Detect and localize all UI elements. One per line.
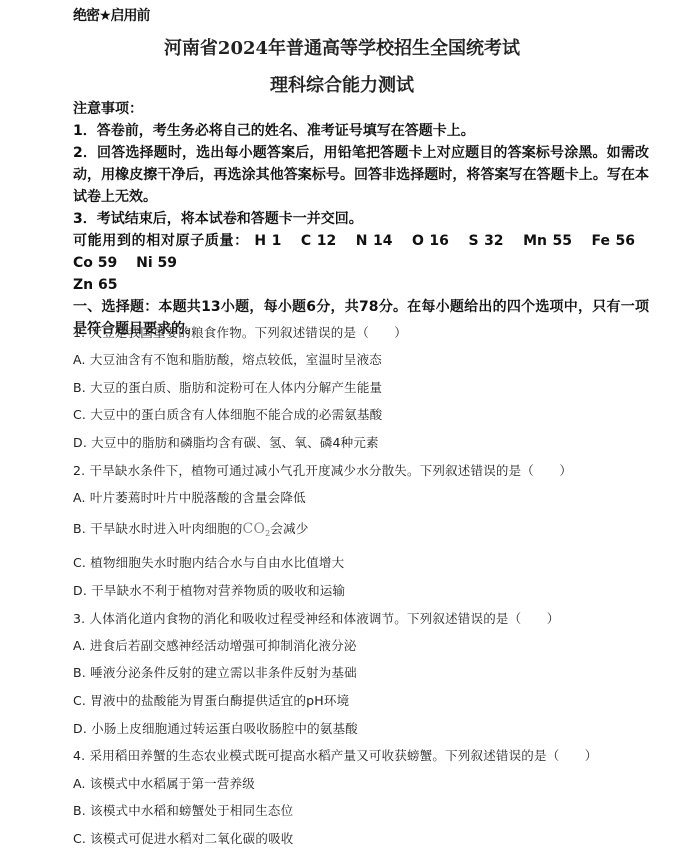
question-2-option-d: D. 干旱缺水不利于植物对营养物质的吸收和运输 (73, 581, 345, 599)
question-3-option-d: D. 小肠上皮细胞通过转运蛋白吸收肠腔中的氨基酸 (73, 719, 358, 737)
question-3-option-b: B. 唾液分泌条件反射的建立需以非条件反射为基础 (73, 663, 357, 681)
question-1-option-c: C. 大豆中的蛋白质含有人体细胞不能合成的必需氨基酸 (73, 405, 382, 423)
atomic-mass-zn: Zn 65 (73, 277, 117, 293)
question-2-option-b: B. 干旱缺水时进入叶肉细胞的CO2会减少 (73, 519, 309, 538)
exam-title: 河南省2024年普通高等学校招生全国统考试 (0, 34, 684, 60)
question-4-option-b: B. 该模式中水稻和螃蟹处于相同生态位 (73, 801, 293, 819)
atomic-mass-o: O 16 (412, 233, 449, 249)
atomic-mass-line: 可能用到的相对原子质量： H 1 C 12 N 14 O 16 S 32 Mn … (73, 230, 649, 296)
notice-section: 注意事项： 1．答卷前，考生务必将自己的姓名、准考证号填写在答题卡上。 2．回答… (73, 98, 649, 340)
atomic-mass-mn: Mn 55 (523, 233, 572, 249)
atomic-mass-n: N 14 (356, 233, 393, 249)
question-1-option-a: A. 大豆油含有不饱和脂肪酸，熔点较低，室温时呈液态 (73, 350, 382, 368)
question-4-stem: 4. 采用稻田养蟹的生态农业模式既可提高水稻产量又可收获螃蟹。下列叙述错误的是（… (73, 746, 598, 764)
question-4-option-c: C. 该模式可促进水稻对二氧化碳的吸收 (73, 829, 293, 847)
notice-item-3: 3．考试结束后，将本试卷和答题卡一并交回。 (73, 208, 649, 230)
notice-item-2: 2．回答选择题时，选出每小题答案后，用铅笔把答题卡上对应题目的答案标号涂黑。如需… (73, 142, 649, 208)
notice-heading: 注意事项： (73, 98, 649, 120)
atomic-mass-co: Co 59 (73, 255, 117, 271)
question-2-option-b-text: B. 干旱缺水时进入叶肉细胞的 (73, 521, 243, 536)
secret-label: 绝密★启用前 (73, 5, 150, 25)
question-2-option-c: C. 植物细胞失水时胞内结合水与自由水比值增大 (73, 553, 344, 571)
co2-formula: CO2 (243, 521, 271, 537)
notice-item-1: 1．答卷前，考生务必将自己的姓名、准考证号填写在答题卡上。 (73, 120, 649, 142)
question-2-option-b-tail: 会减少 (270, 521, 308, 536)
question-3-option-a: A. 进食后若副交感神经活动增强可抑制消化液分泌 (73, 636, 357, 654)
atomic-mass-s: S 32 (468, 233, 503, 249)
atomic-mass-ni: Ni 59 (136, 255, 177, 271)
exam-subtitle: 理科综合能力测试 (0, 71, 684, 97)
question-1-option-d: D. 大豆中的脂肪和磷脂均含有碳、氢、氧、磷4种元素 (73, 433, 379, 451)
co2-formula-main: CO (243, 521, 266, 537)
question-2-option-a: A. 叶片萎蔫时叶片中脱落酸的含量会降低 (73, 488, 306, 506)
atomic-mass-label: 可能用到的相对原子质量： (73, 233, 249, 249)
exam-page: 绝密★启用前 河南省2024年普通高等学校招生全国统考试 理科综合能力测试 注意… (0, 0, 684, 849)
question-1-option-b: B. 大豆的蛋白质、脂肪和淀粉可在人体内分解产生能量 (73, 378, 382, 396)
question-3-option-c: C. 胃液中的盐酸能为胃蛋白酶提供适宜的pH环境 (73, 691, 349, 709)
atomic-mass-c: C 12 (301, 233, 336, 249)
question-4-option-a: A. 该模式中水稻属于第一营养级 (73, 774, 255, 792)
question-3-stem: 3. 人体消化道内食物的消化和吸收过程受神经和体液调节。下列叙述错误的是（ ） (73, 609, 559, 627)
question-2-stem: 2. 干旱缺水条件下，植物可通过减小气孔开度减少水分散失。下列叙述错误的是（ ） (73, 461, 572, 479)
atomic-mass-h: H 1 (254, 233, 281, 249)
question-1-stem: 1. 大豆是我国重要的粮食作物。下列叙述错误的是（ ） (73, 323, 407, 341)
atomic-mass-fe: Fe 56 (592, 233, 636, 249)
